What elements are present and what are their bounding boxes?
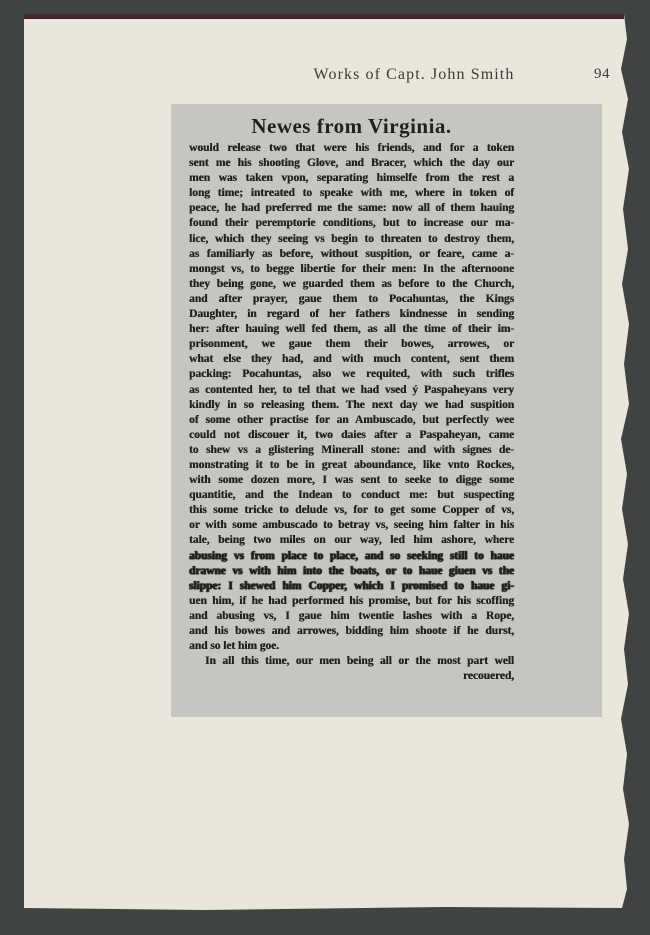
facsimile-line: men was taken vpon, separating himselfe … (189, 170, 514, 185)
facsimile-line: tale, being two miles on our way, led hi… (189, 532, 514, 547)
facsimile-line: packing: Pocahuntas, also we requited, w… (189, 366, 514, 381)
facsimile-line: this some tricke to delude vs, for to ge… (189, 502, 514, 517)
facsimile-line: and abusing vs, I gaue him twentie lashe… (189, 608, 514, 623)
facsimile-line: peace, he had preferred me the same: now… (189, 200, 514, 215)
facsimile-line: Daughter, in regard of her fathers kindn… (189, 306, 514, 321)
facsimile-line: of some other practise for an Ambuscado,… (189, 412, 514, 427)
facsimile-body: would release two that were his friends,… (189, 140, 514, 683)
facsimile-line: lice, which they seeing vs begin to thre… (189, 231, 514, 246)
facsimile-line: In all this time, our men being all or t… (189, 653, 514, 668)
facsimile-line: quantitie, and the Indean to conduct me:… (189, 487, 514, 502)
book-page: Works of Capt. John Smith 94 Newes from … (24, 14, 630, 911)
facsimile-line: slippe: I shewed him Copper, which I pro… (189, 578, 514, 593)
facsimile-line: uen him, if he had performed his promise… (189, 593, 514, 608)
facsimile-line: drawne vs with him into the boats, or to… (189, 563, 514, 578)
page-number: 94 (564, 66, 610, 83)
facsimile-line: or with some ambuscado to betray vs, see… (189, 517, 514, 532)
facsimile-line: would release two that were his friends,… (189, 140, 514, 155)
facsimile-line: prisonment, we gaue them their bowes, ar… (189, 336, 514, 351)
facsimile-line: as contented her, to tel that we had vse… (189, 382, 514, 397)
facsimile-line: long time; intreated to speake with me, … (189, 185, 514, 200)
facsimile-line: kindly in so releasing them. The next da… (189, 397, 514, 412)
facsimile-line: monstrating it to be in great aboundance… (189, 457, 514, 472)
facsimile-line: sent me his shooting Glove, and Bracer, … (189, 155, 514, 170)
facsimile-line: abusing vs from place to place, and so s… (189, 548, 514, 563)
facsimile-line: recouered, (189, 668, 514, 683)
facsimile-line: and so let him goe. (189, 638, 514, 653)
facsimile-line: what else they had, and with much conten… (189, 351, 514, 366)
facsimile-line: and after prayer, gaue them to Pocahunta… (189, 291, 514, 306)
facsimile-line: could not discouer it, two daies after a… (189, 427, 514, 442)
facsimile-line: with some dozen more, I was sent to seek… (189, 472, 514, 487)
facsimile-line: and his bowes and arrowes, bidding him s… (189, 623, 514, 638)
facsimile-plate: Newes from Virginia. would release two t… (171, 104, 602, 717)
photo-backdrop: Works of Capt. John Smith 94 Newes from … (0, 0, 650, 935)
facsimile-title: Newes from Virginia. (189, 114, 514, 139)
facsimile-line: to shew vs a glistering Minerall stone: … (189, 442, 514, 457)
facsimile-line: her: after hauing well fed them, as all … (189, 321, 514, 336)
running-header-title: Works of Capt. John Smith (264, 66, 564, 84)
facsimile-line: they being gone, we guarded them as befo… (189, 276, 514, 291)
facsimile-line: found their peremptorie conditions, but … (189, 215, 514, 230)
binding-edge (24, 14, 624, 19)
facsimile-line: mongst vs, to begge libertie for their m… (189, 261, 514, 276)
facsimile-line: as familiarly as before, without suspiti… (189, 246, 514, 261)
